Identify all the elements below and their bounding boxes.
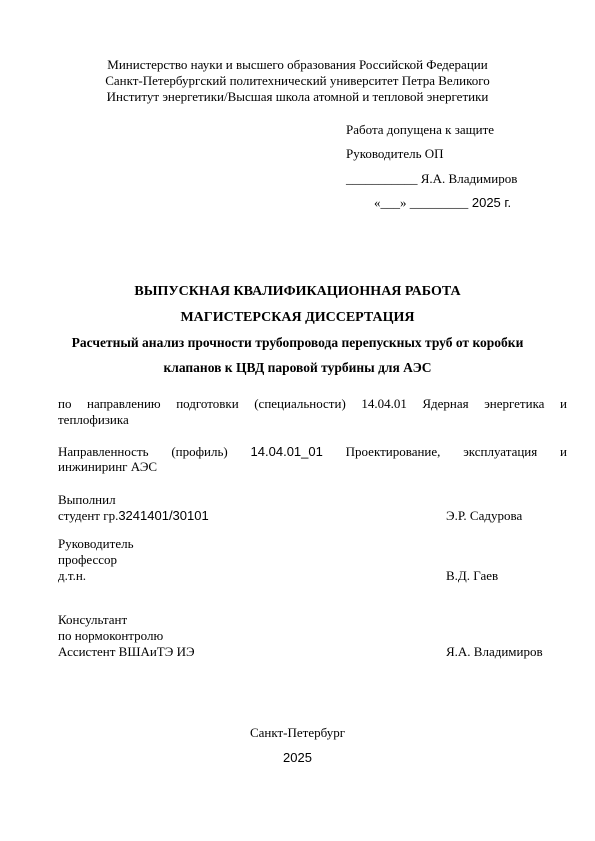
direction-word: по xyxy=(58,396,71,412)
profile-line-2: инжиниринг АЭС xyxy=(58,459,157,475)
supervisor-position: профессор xyxy=(58,552,117,568)
approval-date-year: 2025 г. xyxy=(468,195,511,210)
direction-word: направлению xyxy=(87,396,161,412)
header-university: Санкт-Петербургский политехнический унив… xyxy=(0,73,595,89)
document-type: МАГИСТЕРСКАЯ ДИССЕРТАЦИЯ xyxy=(0,310,595,326)
profile-word: и xyxy=(560,444,567,460)
profile-line-1: Направленность (профиль) 14.04.01_01 Про… xyxy=(58,444,567,460)
consultant-scope: по нормоконтролю xyxy=(58,628,163,644)
supervisor-degree: д.т.н. xyxy=(58,568,86,584)
direction-word: Ядерная xyxy=(422,396,468,412)
direction-line-2: теплофизика xyxy=(58,412,129,428)
consultant-position: Ассистент ВШАиТЭ ИЭ xyxy=(58,644,195,660)
direction-line-1: по направлению подготовки (специальности… xyxy=(58,396,567,412)
footer-year: 2025 xyxy=(0,750,595,765)
direction-word: (специальности) xyxy=(254,396,346,412)
student-group-prefix: студент гр. xyxy=(58,508,118,523)
approval-date: «___» _________ 2025 г. xyxy=(374,195,511,211)
direction-word: 14.04.01 xyxy=(361,396,407,412)
profile-word: Направленность xyxy=(58,444,149,460)
direction-word: подготовки xyxy=(176,396,238,412)
profile-word: эксплуатация xyxy=(463,444,537,460)
approval-date-blank: «___» _________ xyxy=(374,195,468,210)
consultant-name: Я.А. Владимиров xyxy=(446,644,543,660)
profile-word: Проектирование, xyxy=(346,444,441,460)
topic-line-2: клапанов к ЦВД паровой турбины для АЭС xyxy=(0,360,595,376)
direction-word: и xyxy=(560,396,567,412)
consultant-role: Консультант xyxy=(58,612,127,628)
approval-signature-line: ___________ Я.А. Владимиров xyxy=(346,171,517,187)
profile-word: (профиль) xyxy=(171,444,227,460)
supervisor-role: Руководитель xyxy=(58,536,134,552)
document-title: ВЫПУСКНАЯ КВАЛИФИКАЦИОННАЯ РАБОТА xyxy=(0,284,595,300)
approval-admitted: Работа допущена к защите xyxy=(346,122,494,138)
profile-code: 14.04.01_01 xyxy=(251,444,323,460)
student-group-number: 3241401/30101 xyxy=(118,508,208,523)
student-name: Э.Р. Садурова xyxy=(446,508,522,524)
footer-city: Санкт-Петербург xyxy=(0,725,595,741)
header-institute: Институт энергетики/Высшая школа атомной… xyxy=(0,89,595,105)
supervisor-name: В.Д. Гаев xyxy=(446,568,498,584)
student-group: студент гр.3241401/30101 xyxy=(58,508,209,524)
approval-head-title: Руководитель ОП xyxy=(346,146,444,162)
header-ministry: Министерство науки и высшего образования… xyxy=(0,57,595,73)
student-role: Выполнил xyxy=(58,492,116,508)
direction-word: энергетика xyxy=(484,396,544,412)
topic-line-1: Расчетный анализ прочности трубопровода … xyxy=(0,335,595,351)
